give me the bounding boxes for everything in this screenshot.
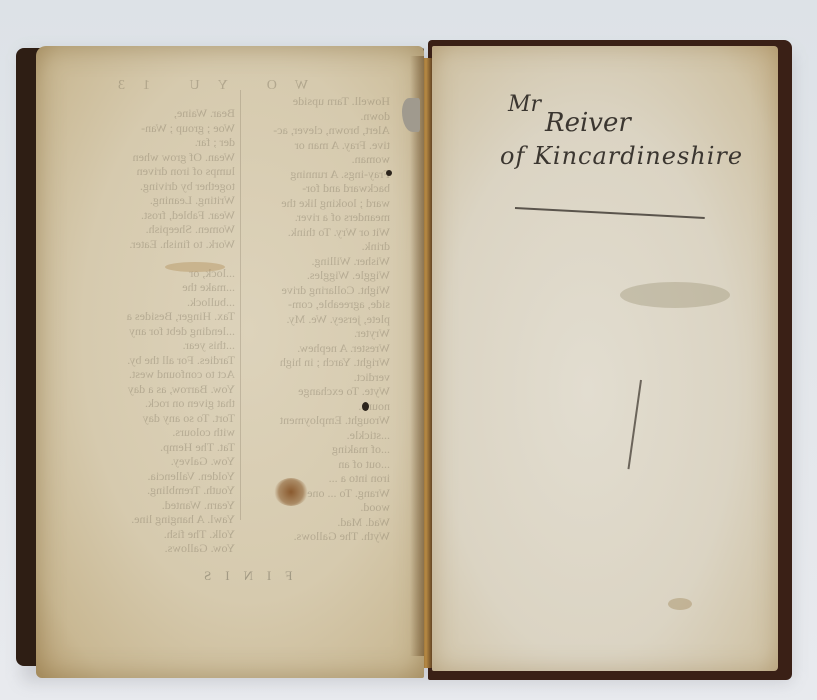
ink-blot bbox=[362, 402, 369, 411]
right-page bbox=[432, 46, 778, 671]
foxing-stain bbox=[274, 478, 308, 506]
foxing-stain bbox=[620, 282, 730, 308]
inscription-title: Mr bbox=[508, 92, 541, 117]
foxing-stain bbox=[668, 598, 692, 610]
finis-text: FINIS bbox=[190, 568, 293, 584]
running-head: WO YU 13 bbox=[100, 78, 308, 94]
show-through-column-left: Bear. Waine, Woe ; group ; Wan- der ; fa… bbox=[100, 106, 235, 556]
inscription-place: of Kincardineshire bbox=[500, 142, 743, 170]
ink-blot bbox=[386, 170, 392, 176]
foxing-stain bbox=[165, 262, 225, 272]
paper-tear bbox=[402, 98, 420, 132]
inscription-name: Reiver bbox=[545, 108, 631, 138]
page-edge-shading bbox=[410, 56, 424, 656]
show-through-column-right: Howell. Tarn upside down. Alert, brown, … bbox=[250, 94, 390, 544]
column-rule bbox=[240, 90, 241, 520]
